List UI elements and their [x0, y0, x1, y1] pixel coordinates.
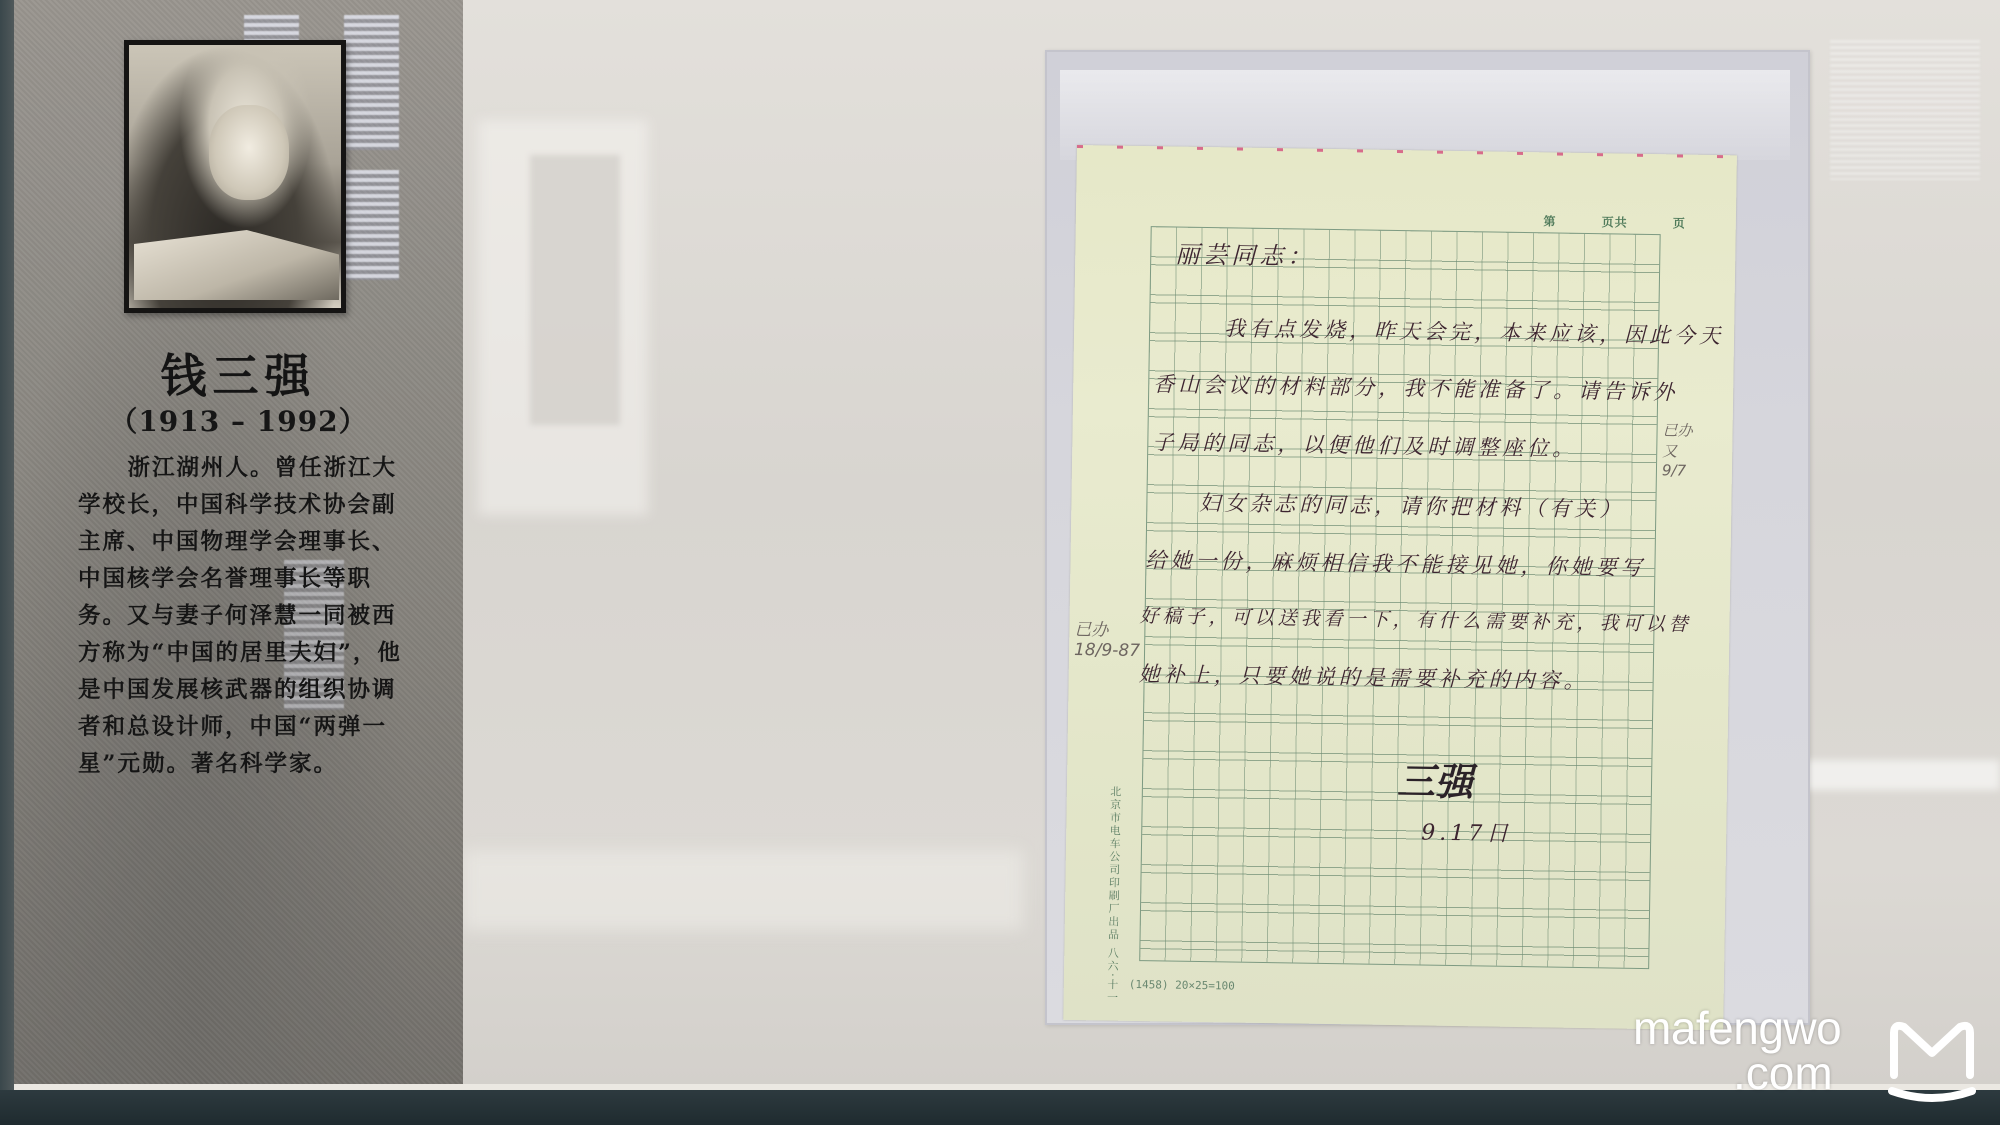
- page-header-label: 页: [1673, 216, 1686, 230]
- margin-note-text: 已办: [1074, 615, 1140, 641]
- frame-edge: [0, 0, 14, 1090]
- watermark-text: mafengwo: [1633, 1005, 1841, 1051]
- page-header-label: 第: [1543, 214, 1556, 228]
- window-reflection: [344, 15, 399, 150]
- glass-reflection: [463, 850, 1023, 930]
- margin-note-left: 已办 18/9-87: [1074, 615, 1141, 661]
- window-reflection: [1830, 40, 1980, 180]
- margin-note-right: 已办 又 9/7: [1662, 419, 1693, 479]
- margin-note-text: 又: [1662, 440, 1692, 461]
- watermark-text: .com: [1733, 1051, 1841, 1095]
- printer-imprint: 北京市电车公司印刷厂出品 八六·十一: [1104, 786, 1123, 1005]
- paper-code: (1458) 20×25=100: [1129, 978, 1235, 993]
- watermark: mafengwo .com: [1633, 1005, 1841, 1095]
- biography-text: 浙江湖州人。曾任浙江大学校长，中国科学技术协会副主席、中国物理学会理事长、中国核…: [78, 450, 408, 783]
- margin-note-text: 18/9-87: [1074, 640, 1140, 661]
- page-header-label: 页共: [1602, 215, 1628, 229]
- handwritten-letter: 第 页共 页 丽芸同志： 我有点发烧，昨天会完，本来应该，因此今天 香山会议的材…: [1063, 145, 1737, 1030]
- portrait-hands: [134, 230, 339, 300]
- glass-reflection: [1800, 760, 2000, 790]
- mafengwo-logo-icon: [1882, 1015, 1982, 1105]
- portrait-face: [209, 105, 289, 200]
- letter-salutation: 丽芸同志：: [1175, 235, 1316, 272]
- margin-note-text: 9/7: [1662, 461, 1692, 479]
- glass-reflection: [530, 155, 620, 425]
- biography-paragraph: 浙江湖州人。曾任浙江大学校长，中国科学技术协会副主席、中国物理学会理事长、中国核…: [78, 450, 408, 783]
- page-number-header: 第 页共 页: [1503, 212, 1686, 232]
- window-reflection: [344, 170, 399, 280]
- frame-edge: [0, 1090, 2000, 1125]
- biography-panel: 钱三强 （1913 – 1992） 浙江湖州人。曾任浙江大学校长，中国科学技术协…: [14, 0, 463, 1084]
- signature: 三强: [1397, 750, 1474, 806]
- portrait-photo: [124, 40, 346, 313]
- letter-date: 9.17日: [1421, 815, 1512, 847]
- life-years: （1913 – 1992）: [14, 400, 463, 440]
- person-name: 钱三强: [14, 340, 463, 406]
- margin-note-text: 已办: [1662, 419, 1692, 440]
